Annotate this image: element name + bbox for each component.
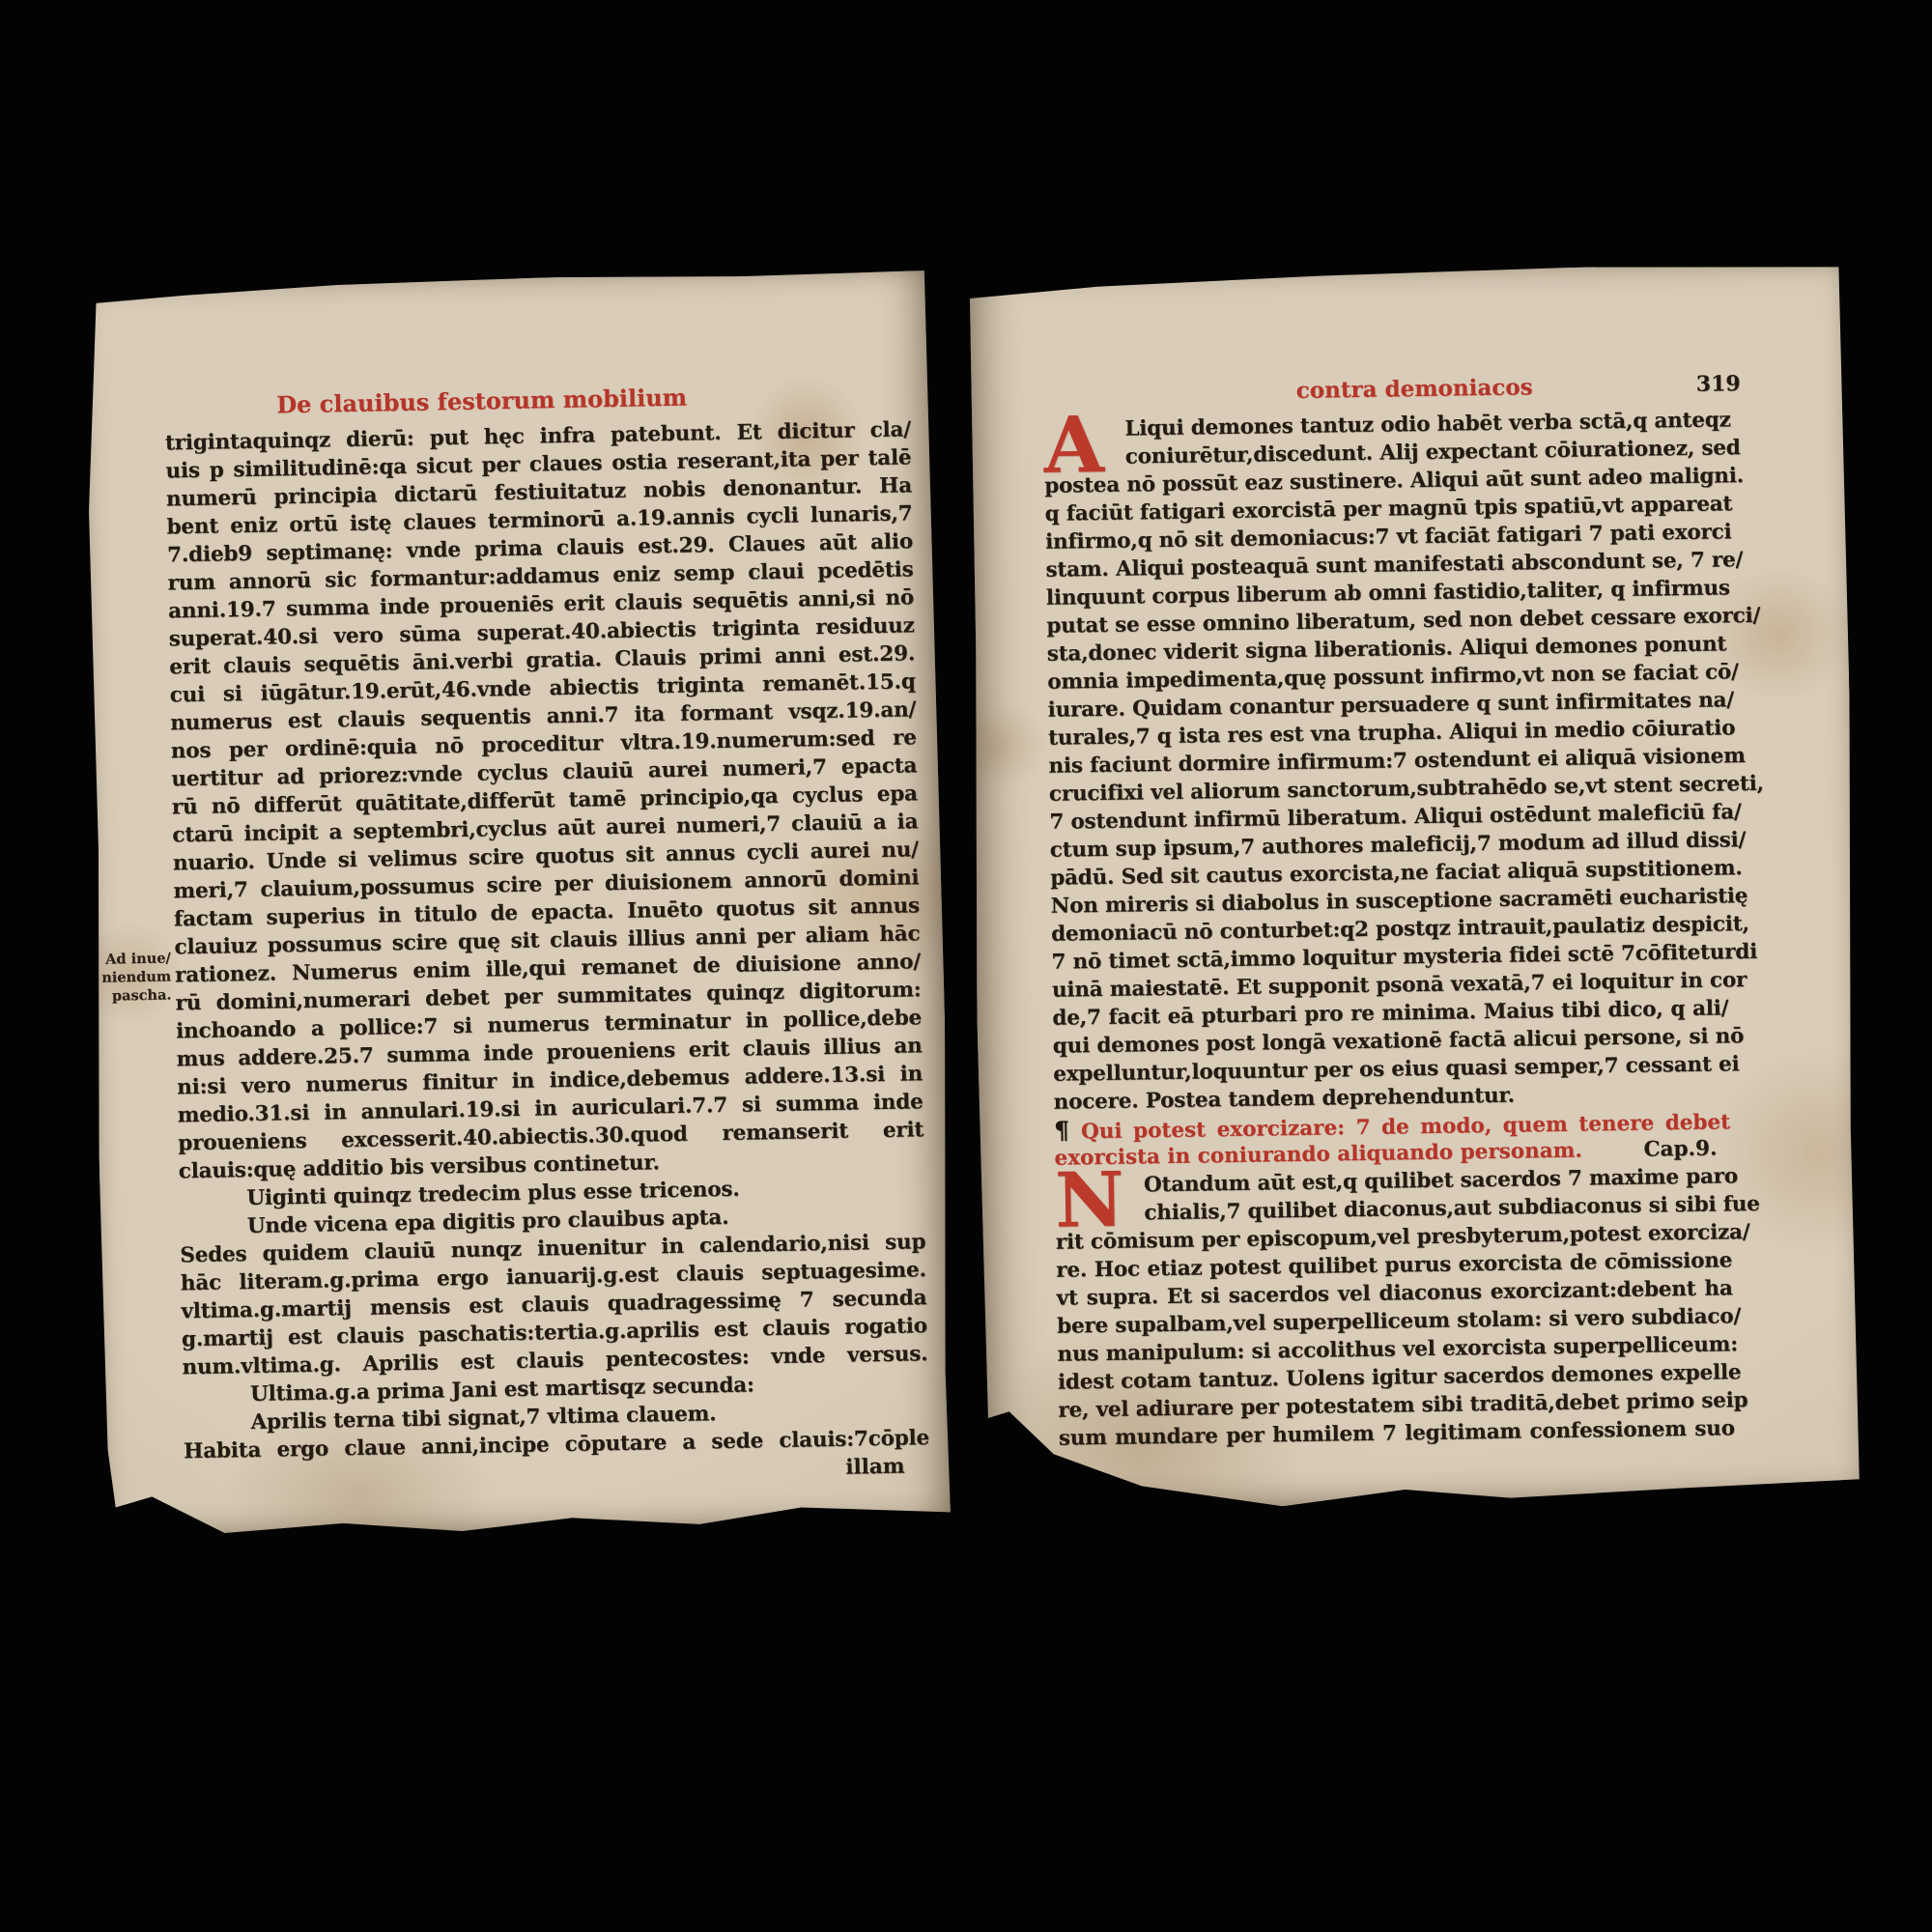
right-text-column: A Liqui demones tantuz odio habēt verba … bbox=[1043, 406, 1735, 1452]
left-running-title: De clauibus festorum mobilium bbox=[276, 384, 687, 419]
pilcrow-mark: ¶ bbox=[1054, 1117, 1069, 1145]
left-text-column: trigintaquinqz dierū: put hęc infra pate… bbox=[165, 415, 930, 1493]
folio-number: 319 bbox=[1696, 371, 1741, 398]
margin-note: Ad inue/ niendum pascha. bbox=[99, 949, 172, 1005]
left-page-surface: De clauibus festorum mobilium Ad inue/ n… bbox=[83, 270, 954, 1538]
margin-note-line: pascha. bbox=[99, 985, 171, 1005]
drop-cap-initial: A bbox=[1043, 415, 1125, 472]
right-header-row: contra demoniacos 319 bbox=[1043, 371, 1741, 408]
drop-cap-initial: N bbox=[1055, 1171, 1145, 1228]
right-running-title: contra demoniacos bbox=[1296, 374, 1533, 404]
margin-note-line: Ad inue/ bbox=[99, 949, 171, 968]
left-page: De clauibus festorum mobilium Ad inue/ n… bbox=[83, 270, 954, 1538]
chapter-number: Cap.9. bbox=[1643, 1135, 1717, 1164]
right-page-surface: contra demoniacos 319 A Liqui demones ta… bbox=[966, 264, 1861, 1511]
book-photo: De clauibus festorum mobilium Ad inue/ n… bbox=[0, 0, 1932, 1932]
margin-note-line: niendum bbox=[99, 967, 171, 986]
right-page: contra demoniacos 319 A Liqui demones ta… bbox=[966, 264, 1861, 1511]
